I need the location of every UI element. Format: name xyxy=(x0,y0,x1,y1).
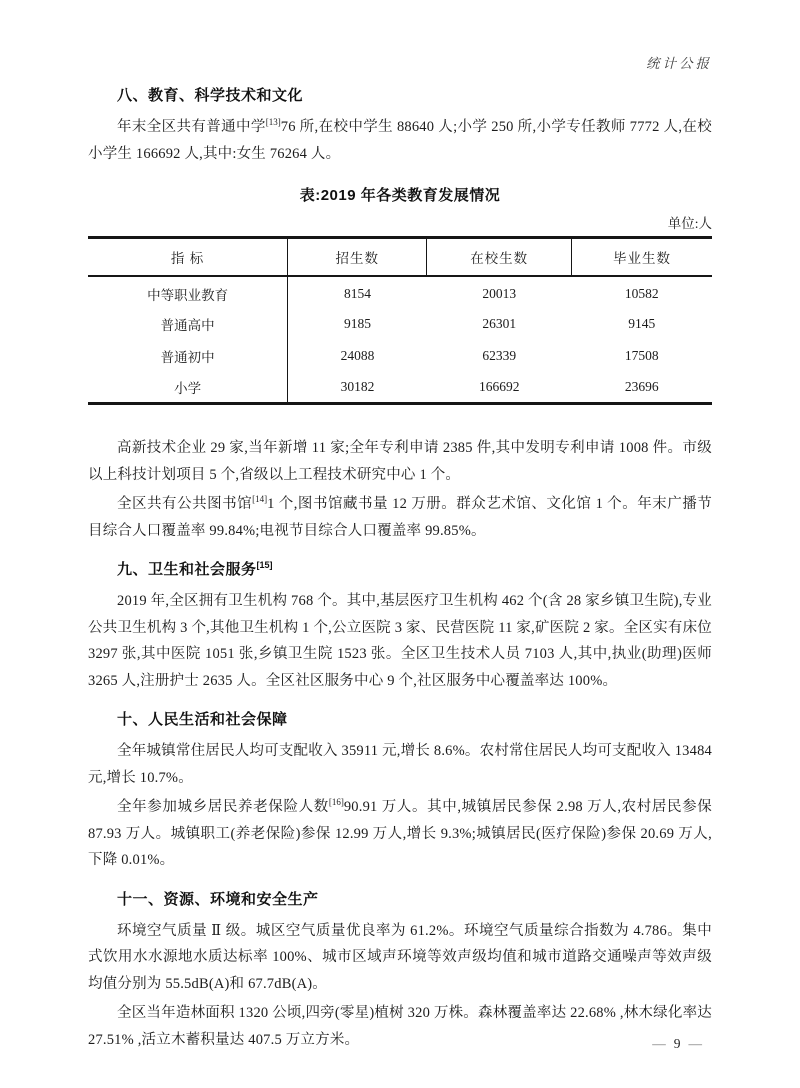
table-title: 表:2019 年各类教育发展情况 xyxy=(88,184,712,205)
paragraph-hightech: 高新技术企业 29 家,当年新增 11 家;全年专利申请 2385 件,其中发明… xyxy=(88,435,712,488)
table-cell-indicator: 普通高中 xyxy=(88,308,288,340)
page-number-value: 9 xyxy=(668,1036,689,1051)
page-number: —9— xyxy=(652,1036,704,1052)
table-cell-enrollment: 30182 xyxy=(288,372,427,404)
paragraph-text: 全年参加城乡居民养老保险人数 xyxy=(117,799,329,815)
table-cell-students: 166692 xyxy=(427,372,572,404)
table-header-row: 指 标 招生数 在校生数 毕业生数 xyxy=(88,238,712,276)
paragraph-text: 年末全区共有普通中学 xyxy=(117,119,266,135)
table-cell-graduates: 17508 xyxy=(572,340,712,372)
table-cell-indicator: 中等职业教育 xyxy=(88,276,288,308)
table-cell-enrollment: 9185 xyxy=(288,308,427,340)
table-cell-indicator: 普通初中 xyxy=(88,340,288,372)
column-header-students: 在校生数 xyxy=(427,238,572,276)
table-cell-students: 62339 xyxy=(427,340,572,372)
section-heading-livelihood: 十、人民生活和社会保障 xyxy=(88,708,712,729)
table-cell-students: 26301 xyxy=(427,308,572,340)
table-row-vocational: 中等职业教育 8154 20013 10582 xyxy=(88,276,712,308)
section-heading-education: 八、教育、科学技术和文化 xyxy=(88,84,712,105)
footnote-ref-16: [16] xyxy=(329,797,344,807)
paragraph-income: 全年城镇常住居民人均可支配收入 35911 元,增长 8.6%。农村常住居民人均… xyxy=(88,738,712,791)
paragraph-insurance: 全年参加城乡居民养老保险人数[16]90.91 万人。其中,城镇居民参保 2.9… xyxy=(88,794,712,874)
education-table: 指 标 招生数 在校生数 毕业生数 中等职业教育 8154 20013 1058… xyxy=(88,236,712,405)
table-unit-label: 单位:人 xyxy=(88,212,712,232)
table-cell-graduates: 10582 xyxy=(572,276,712,308)
paragraph-schools: 年末全区共有普通中学[13]76 所,在校中学生 88640 人;小学 250 … xyxy=(88,114,712,167)
table-row-primary: 小学 30182 166692 23696 xyxy=(88,372,712,404)
table-cell-graduates: 9145 xyxy=(572,308,712,340)
section-heading-text: 九、卫生和社会服务 xyxy=(117,561,257,578)
section-heading-health: 九、卫生和社会服务[15] xyxy=(88,558,712,579)
footnote-ref-13: [13] xyxy=(266,117,281,127)
footnote-ref-14: [14] xyxy=(252,494,267,504)
paragraph-environment: 环境空气质量 Ⅱ 级。城区空气质量优良率为 61.2%。环境空气质量综合指数为 … xyxy=(88,918,712,998)
table-row-senior-high: 普通高中 9185 26301 9145 xyxy=(88,308,712,340)
table-cell-graduates: 23696 xyxy=(572,372,712,404)
column-header-graduates: 毕业生数 xyxy=(572,238,712,276)
document-page: 统计公报 八、教育、科学技术和文化 年末全区共有普通中学[13]76 所,在校中… xyxy=(0,0,800,1088)
page-number-dash: — xyxy=(689,1036,705,1051)
paragraph-text: 全区共有公共图书馆 xyxy=(117,496,252,512)
column-header-enrollment: 招生数 xyxy=(288,238,427,276)
section-heading-environment: 十一、资源、环境和安全生产 xyxy=(88,888,712,909)
column-header-indicator: 指 标 xyxy=(88,238,288,276)
paragraph-culture: 全区共有公共图书馆[14]1 个,图书馆藏书量 12 万册。群众艺术馆、文化馆 … xyxy=(88,491,712,544)
paragraph-health: 2019 年,全区拥有卫生机构 768 个。其中,基层医疗卫生机构 462 个(… xyxy=(88,588,712,694)
table-cell-enrollment: 8154 xyxy=(288,276,427,308)
footnote-ref-15: [15] xyxy=(257,560,273,570)
table-cell-enrollment: 24088 xyxy=(288,340,427,372)
table-cell-students: 20013 xyxy=(427,276,572,308)
page-number-dash: — xyxy=(652,1036,668,1051)
paragraph-forest: 全区当年造林面积 1320 公顷,四旁(零星)植树 320 万株。森林覆盖率达 … xyxy=(88,1000,712,1053)
running-header: 统计公报 xyxy=(88,52,712,72)
table-row-junior-high: 普通初中 24088 62339 17508 xyxy=(88,340,712,372)
table-cell-indicator: 小学 xyxy=(88,372,288,404)
